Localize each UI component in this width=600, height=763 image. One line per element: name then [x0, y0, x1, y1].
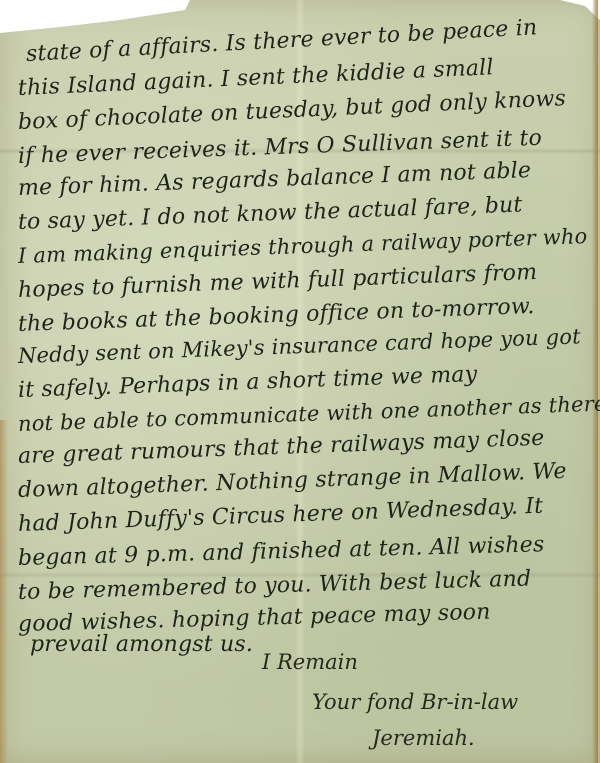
closing-relation: Your fond Br-in-law [312, 690, 518, 714]
paper-edge-stain-right [592, 0, 598, 763]
letter-line: prevail amongst us. [30, 632, 253, 657]
paper-edge-stain-left [0, 420, 8, 763]
closing-remain: I Remain [262, 650, 358, 674]
signature: Jeremiah. [372, 726, 475, 750]
